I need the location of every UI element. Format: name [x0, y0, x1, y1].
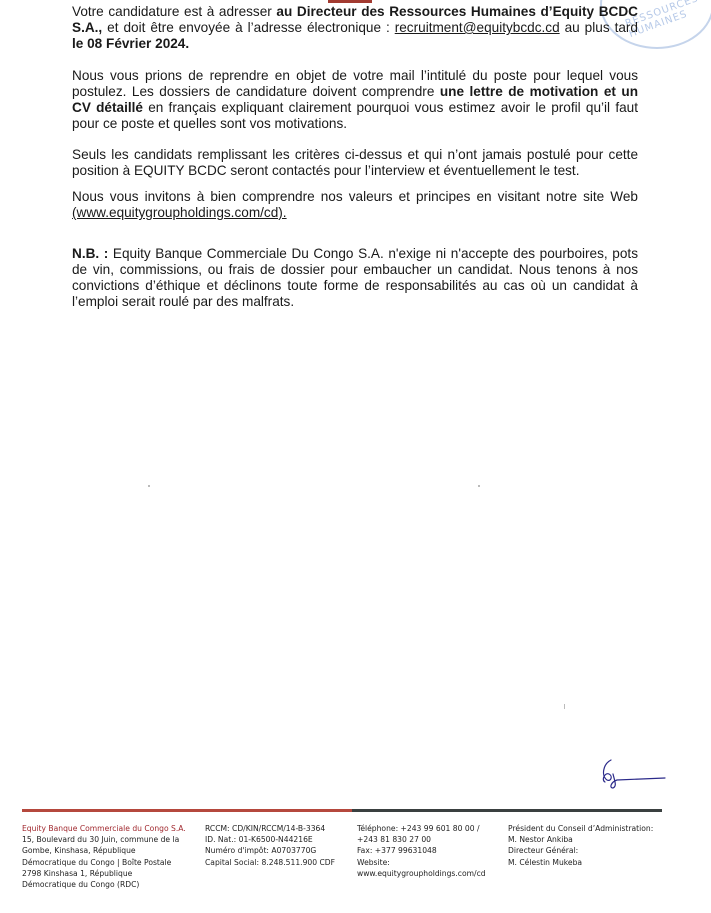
website-label: Website:	[357, 857, 507, 868]
rccm: RCCM: CD/KIN/RCCM/14-B-3364	[205, 823, 355, 834]
website-link[interactable]: (www.equitygroupholdings.com/cd).	[72, 205, 287, 220]
signature-icon	[595, 752, 675, 792]
footer-bar-red	[22, 809, 352, 812]
ceo-label: Directeur Général:	[508, 845, 688, 856]
footer-company-address: Equity Banque Commerciale du Congo S.A. …	[22, 823, 207, 890]
scan-speck	[148, 485, 150, 487]
text: en français expliquant clairement pourqu…	[72, 100, 638, 131]
website-url[interactable]: www.equitygroupholdings.com/cd	[357, 868, 507, 879]
nb-label: N.B. :	[72, 246, 108, 261]
footer-management: Président du Conseil d’Administration: M…	[508, 823, 688, 868]
chairman-name: M. Nestor Ankiba	[508, 834, 688, 845]
ceo-name: M. Célestin Mukeba	[508, 857, 688, 868]
phone: Téléphone: +243 99 601 80 00 /	[357, 823, 507, 834]
address-line: Gombe, Kinshasa, République	[22, 845, 207, 856]
text: et doit être envoyée à l’adresse électro…	[102, 20, 395, 35]
paragraph-values: Nous vous invitons à bien comprendre nos…	[72, 189, 638, 221]
share-capital: Capital Social: 8.248.511.900 CDF	[205, 857, 355, 868]
document-page: RESSOURCES HUMAINES Votre candidature es…	[0, 0, 711, 913]
footer-contact: Téléphone: +243 99 601 80 00 / +243 81 8…	[357, 823, 507, 879]
tax-number: Numéro d'impôt: A0703770G	[205, 845, 355, 856]
footer-registration: RCCM: CD/KIN/RCCM/14-B-3364 ID. Nat.: 01…	[205, 823, 355, 868]
scan-speck	[564, 704, 565, 709]
text: Votre candidature est à adresser	[72, 4, 276, 19]
paragraph-shortlist: Seuls les candidats remplissant les crit…	[72, 147, 638, 179]
text: Nous vous invitons à bien comprendre nos…	[72, 189, 638, 204]
header-mark	[328, 0, 372, 3]
chairman-label: Président du Conseil d’Administration:	[508, 823, 688, 834]
paragraph-application-address: Votre candidature est à adresser au Dire…	[72, 4, 638, 52]
address-line: Démocratique du Congo | Boîte Postale	[22, 857, 207, 868]
id-nat: ID. Nat.: 01-K6500-N44216E	[205, 834, 355, 845]
footer-bar-dark	[352, 809, 662, 812]
paragraph-application-content: Nous vous prions de reprendre en objet d…	[72, 68, 638, 132]
text: Seuls les candidats remplissant les crit…	[72, 147, 638, 178]
address-line: 15, Boulevard du 30 Juin, commune de la	[22, 834, 207, 845]
address-line: 2798 Kinshasa 1, République	[22, 868, 207, 879]
text: au plus tard	[560, 20, 638, 35]
recruitment-email-link[interactable]: recruitment@equitybcdc.cd	[395, 20, 560, 35]
scan-speck	[478, 485, 480, 487]
address-line: Démocratique du Congo (RDC)	[22, 879, 207, 890]
paragraph-nb-notice: N.B. : Equity Banque Commerciale Du Cong…	[72, 246, 638, 310]
deadline-bold: le 08 Février 2024.	[72, 36, 189, 51]
phone-2: +243 81 830 27 00	[357, 834, 507, 845]
fax: Fax: +377 99631048	[357, 845, 507, 856]
text: Equity Banque Commerciale Du Congo S.A. …	[72, 246, 638, 309]
company-name: Equity Banque Commerciale du Congo S.A.	[22, 823, 207, 834]
